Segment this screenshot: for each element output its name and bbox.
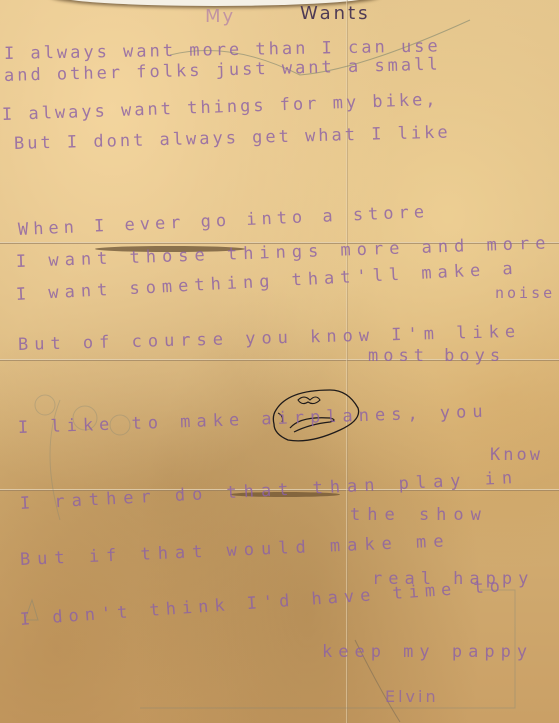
poem-line: I don't think I'd have time to (19, 576, 506, 630)
poem-line: keep my pappy (322, 642, 533, 662)
poem-line: Know (490, 445, 543, 465)
poem-line: I always want things for my bike, (2, 90, 439, 125)
signature: Elvin (385, 687, 439, 706)
poem-line: When I ever go into a store (18, 202, 430, 240)
poem-line: the show (350, 505, 488, 525)
poem-line: But I dont always get what I like (14, 123, 451, 154)
handwritten-poem-page: My Wants I always want more than I can u… (0, 0, 559, 723)
title-wants: Wants (300, 3, 371, 24)
poem-line: noise (495, 284, 555, 302)
title-my: My (205, 6, 235, 27)
poem-line: most boys (368, 346, 505, 366)
poem-line: I like to make airplanes, you (18, 402, 489, 438)
poem-line: But if that would make me (20, 531, 451, 570)
